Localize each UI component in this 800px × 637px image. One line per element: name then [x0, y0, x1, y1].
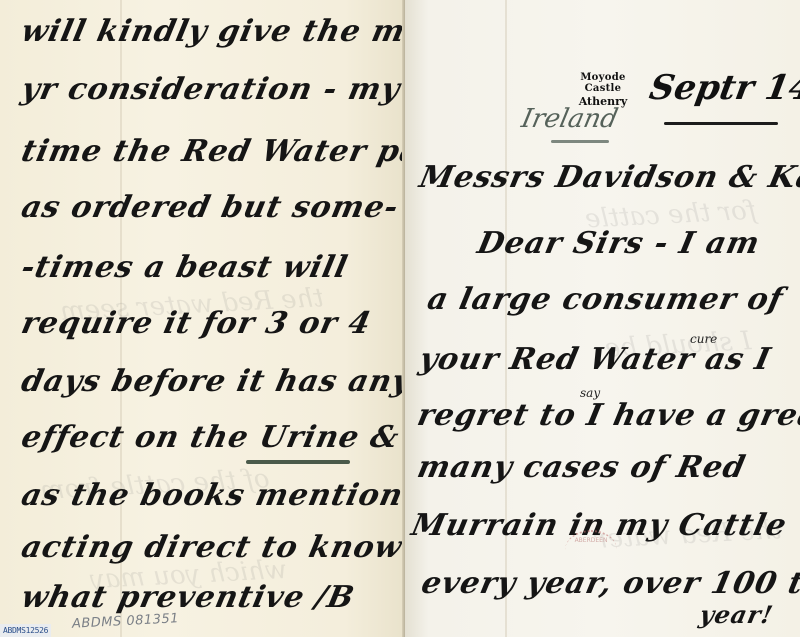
- left-line-11: what preventive /B: [18, 580, 358, 615]
- left-line-6: require it for 3 or 4: [18, 306, 374, 341]
- left-line-4: as ordered but some-: [18, 190, 402, 225]
- place-underline: [551, 140, 609, 143]
- letter-spread: the Red water seem of the cattle from wh…: [0, 0, 800, 637]
- left-line-9: as the books mention: [18, 478, 405, 513]
- right-line-1: a large consumer of: [424, 282, 786, 317]
- right-line-4: many cases of Red: [414, 450, 749, 485]
- left-line-5: -times a beast will: [18, 250, 351, 285]
- left-line-3: time the Red Water past: [18, 134, 405, 169]
- right-line-3: regret to I have a great: [414, 398, 800, 433]
- library-stamp: ABERDEEN: [565, 530, 617, 570]
- letterhead-line-1: Moyode Castle: [566, 72, 640, 94]
- addressee: Messrs Davidson & Kay: [416, 160, 800, 195]
- reference-label: ABDMS12526: [0, 624, 51, 637]
- left-line-10: acting direct to know: [18, 530, 405, 565]
- letter-place: Ireland: [519, 104, 621, 134]
- left-line-8: effect on the Urine &: [18, 420, 402, 455]
- underline-urine: [246, 460, 350, 464]
- right-line-7: year!: [697, 600, 776, 629]
- left-page: the Red water seem of the cattle from wh…: [0, 0, 405, 637]
- letter-date: Septr 14. '80: [646, 68, 800, 108]
- right-line-6: every year, over 100 this: [418, 566, 800, 601]
- left-line-2: yr consideration - my third: [18, 72, 405, 107]
- left-line-7: days before it has any: [18, 364, 405, 399]
- left-line-1: will kindly give the matter: [18, 14, 405, 49]
- right-line-2: your Red Water as I: [416, 342, 774, 377]
- greeting: Dear Sirs - I am: [474, 226, 763, 261]
- date-underline: [664, 122, 778, 125]
